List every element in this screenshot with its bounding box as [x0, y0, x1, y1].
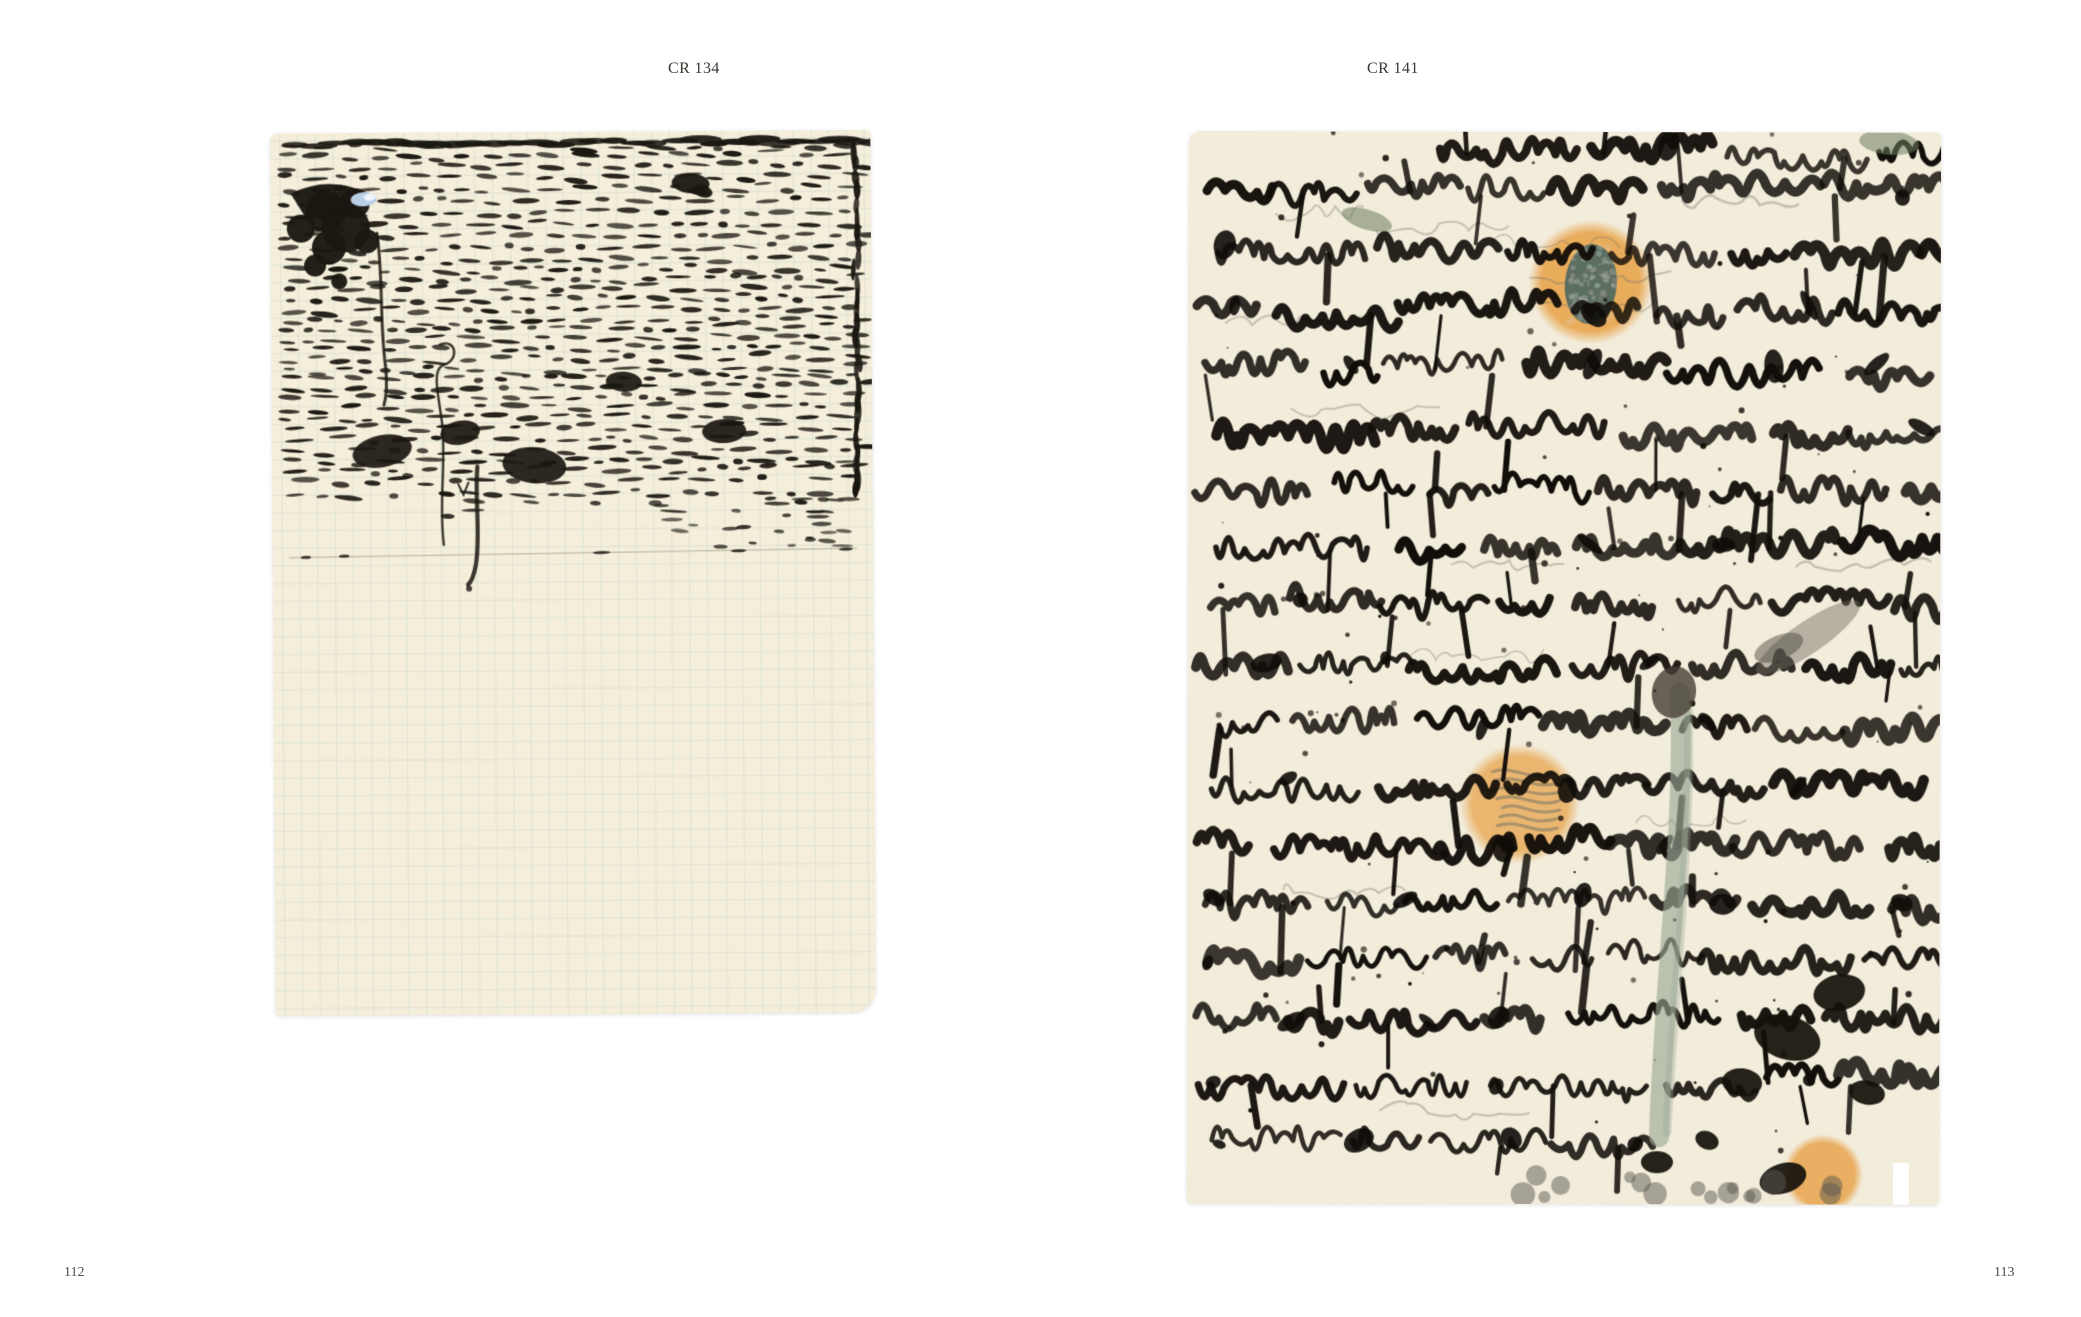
- caption-left-artwork: CR 134: [668, 61, 720, 77]
- artwork-left-canvas: [270, 130, 875, 1016]
- artwork-left-ink-hatching: [270, 130, 875, 1016]
- page-number-left: 112: [64, 1266, 84, 1280]
- book-spread: CR 134 CR 141 112 113: [0, 0, 2081, 1317]
- caption-right-artwork: CR 141: [1367, 61, 1419, 77]
- artwork-right-ink-script: [1187, 131, 1941, 1205]
- artwork-right-canvas: [1187, 131, 1941, 1205]
- page-number-right: 113: [1994, 1266, 2014, 1280]
